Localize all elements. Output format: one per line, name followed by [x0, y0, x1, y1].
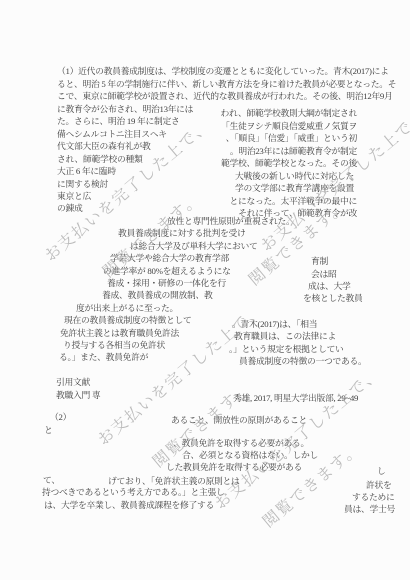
text-fragment: し — [377, 466, 386, 476]
text-fragment: 養成、教員養成の開放制、教 — [102, 290, 212, 300]
text-fragment: 許状を — [366, 480, 392, 490]
text-fragment: た。さらに、明治 19 年に制定さ — [57, 116, 179, 126]
text-fragment: げており、「免許状主義の原則とは — [108, 476, 240, 486]
text-fragment: 範学校、師範学校となった。その後 — [221, 158, 357, 168]
text-fragment: 。明治23年には師範教育令が制定 — [230, 146, 357, 156]
text-fragment: （2） — [50, 412, 71, 422]
text-fragment: に関する検討 — [57, 179, 108, 189]
text-fragment: 会は昭 — [311, 269, 337, 279]
text-fragment: 教職入門 専 — [56, 390, 100, 400]
text-fragment: （1）近代の教員養成制度は、学校制度の変遷とともに変化していった。青木(2017… — [57, 66, 389, 76]
text-fragment: 養成・採用・研修の一体化を行 — [107, 278, 226, 288]
text-fragment: の錬成 — [57, 203, 83, 213]
text-fragment: に教育令が公布され、明治13年には — [57, 104, 193, 114]
text-fragment: 度が出来上がるに至った。 — [76, 303, 178, 313]
text-fragment: 免許状主義とは教育職員免許法 — [60, 328, 179, 338]
text-fragment: 放性と専門性原則が重視された。 — [167, 216, 294, 226]
text-fragment: あること、開放性の原則があること — [171, 415, 307, 425]
text-fragment: の進学率が 80%を超えるようにな — [103, 266, 231, 276]
document-page: （1）近代の教員養成制度は、学校制度の変遷とともに変化していった。青木(2017… — [0, 0, 410, 580]
text-fragment: と — [44, 425, 53, 435]
text-fragment: こで、東京に師範学校が設置され、近代的な教員養成が行われた。その後、明治12年9… — [57, 91, 393, 101]
text-fragment: され、師範学校の種類 — [57, 154, 143, 164]
text-fragment: を核とした教員 — [303, 293, 362, 303]
text-fragment: 学芸大学や総合大学の教育学部 — [110, 253, 229, 263]
text-fragment: 員養成制度の特徴の一つである。 — [239, 356, 366, 366]
text-fragment: ると、明治 5 年の学制施行に伴い、新しい教育方法を身に着けた教員が必要となった… — [57, 79, 396, 89]
text-fragment: 東京と広 — [57, 191, 91, 201]
text-fragment: て、 — [43, 475, 60, 485]
text-fragment: 「生徒ヲシテ順良信愛威重ノ気質ヲ — [221, 121, 357, 131]
text-fragment: 備ヘシムルコトニ注目スヘキ — [57, 129, 167, 139]
text-fragment: とになった。太平洋戦争の最中に — [230, 196, 357, 206]
text-fragment: 成は、大学 — [308, 281, 351, 291]
text-fragment: われ、師範学校教則大綱が制定され — [221, 108, 357, 118]
text-fragment: 秀雄, 2017, 明星大学出版部, 29~49 — [233, 393, 358, 403]
text-fragment: 教員養成制度に対する批判を受け — [118, 228, 245, 238]
text-fragment: は総合大学及び単科大学において — [130, 241, 257, 251]
text-fragment: 現在の教員養成制度の特徴として — [64, 315, 191, 325]
text-fragment: 代文部大臣の森有礼が教 — [57, 141, 150, 151]
text-fragment: 大正 6 年に臨時 — [57, 166, 116, 176]
text-fragment: 大戦後の新しい時代に対応した — [235, 171, 354, 181]
text-fragment: 持つべきであるという考え方である。」と主張し — [42, 487, 225, 497]
text-fragment: る。」また、教員免許が — [59, 352, 148, 362]
text-fragment: 。」という規定を根拠としてい — [229, 344, 344, 354]
text-fragment: した教員免許を取得する必要がある — [166, 462, 302, 472]
text-fragment: 育制 — [311, 256, 328, 266]
text-fragment: 、教員免許を取得する必要がある。 — [173, 438, 309, 448]
text-fragment: 教育職員は、この法律によ — [234, 331, 336, 341]
text-fragment: 員は、学士号 — [344, 504, 395, 514]
text-fragment: 、「順良」「信愛」「威重」という初 — [226, 133, 357, 143]
text-fragment: 学の文学部に教育学講座を設置 — [235, 183, 354, 193]
text-fragment: 。青木(2017)は、「相当 — [232, 319, 317, 329]
text-fragment: は、大学を卒業し、教員養成課程を修了する — [44, 500, 214, 510]
text-fragment: 引用文献 — [56, 377, 90, 387]
text-fragment: り授与する各相当の免許状 — [63, 340, 165, 350]
text-fragment: 合、必須となる資格はない。しかし — [182, 450, 318, 460]
text-fragment: するために — [352, 492, 395, 502]
